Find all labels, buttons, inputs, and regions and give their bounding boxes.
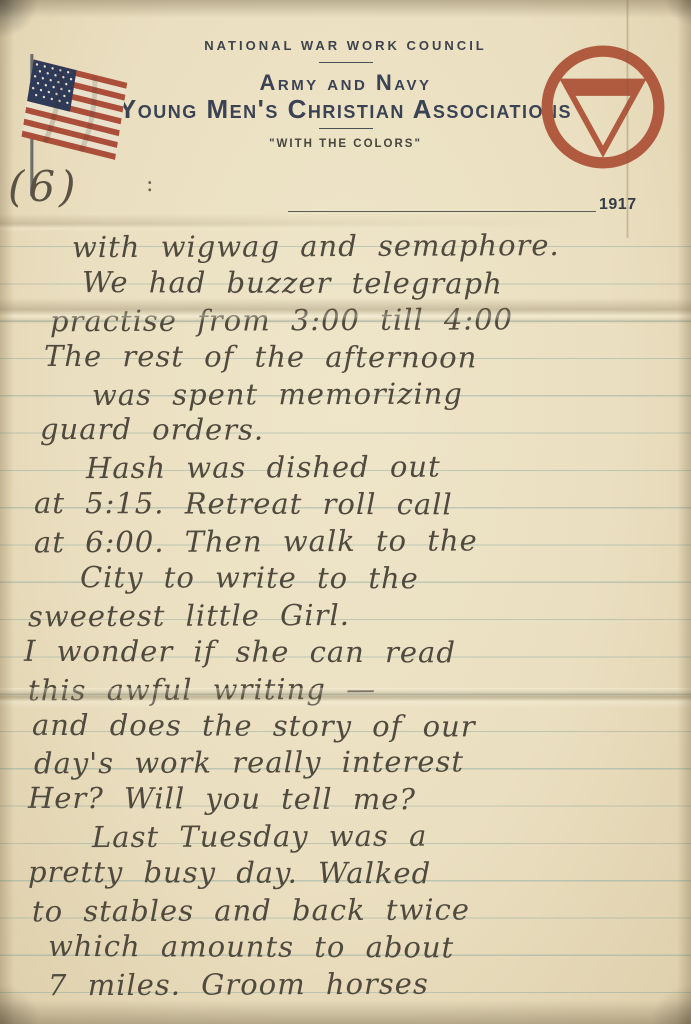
handwritten-line: with wigwag and semaphore. bbox=[0, 226, 691, 266]
handwritten-line: Hash was dished out bbox=[0, 448, 691, 488]
year-label: 1917 bbox=[599, 196, 637, 214]
handwritten-line: at 5:15. Retreat roll call bbox=[0, 485, 691, 524]
handwritten-line: this awful writing — bbox=[0, 669, 691, 709]
handwritten-line: sweetest little Girl. bbox=[0, 595, 691, 635]
letterhead-divider bbox=[319, 128, 373, 129]
handwritten-line: was spent memorizing bbox=[0, 374, 691, 414]
handwritten-line: to stables and back twice bbox=[0, 891, 691, 931]
letter-page: NATIONAL WAR WORK COUNCIL Army and Navy … bbox=[0, 0, 691, 1024]
handwritten-line: 7 miles. Groom horses bbox=[0, 964, 691, 1004]
letterhead-divider bbox=[319, 62, 373, 63]
handwritten-line: We had buzzer telegraph bbox=[0, 264, 691, 303]
handwritten-line: practise from 3:00 till 4:00 bbox=[0, 300, 691, 340]
ymca-triangle-emblem-icon bbox=[538, 42, 668, 172]
handwritten-line: The rest of the afternoon bbox=[0, 337, 691, 376]
handwritten-line: Last Tuesday was a bbox=[0, 817, 691, 857]
page-number: (6) bbox=[8, 162, 80, 211]
handwritten-line: which amounts to about bbox=[0, 928, 691, 967]
handwritten-line: I wonder if she can read bbox=[0, 633, 691, 672]
handwritten-line: pretty busy day. Walked bbox=[0, 854, 691, 893]
handwritten-line: Her? Will you tell me? bbox=[0, 780, 691, 819]
handwritten-line: and does the story of our bbox=[0, 706, 691, 745]
date-blank-rule bbox=[288, 211, 596, 212]
handwritten-line: at 6:00. Then walk to the bbox=[0, 522, 691, 562]
handwritten-line: day's work really interest bbox=[0, 743, 691, 783]
letter-body: with wigwag and semaphore. We had buzzer… bbox=[0, 228, 691, 1003]
handwritten-line: guard orders. bbox=[0, 411, 691, 450]
stray-pencil-mark: : bbox=[146, 172, 153, 197]
handwritten-line: City to write to the bbox=[0, 559, 691, 598]
